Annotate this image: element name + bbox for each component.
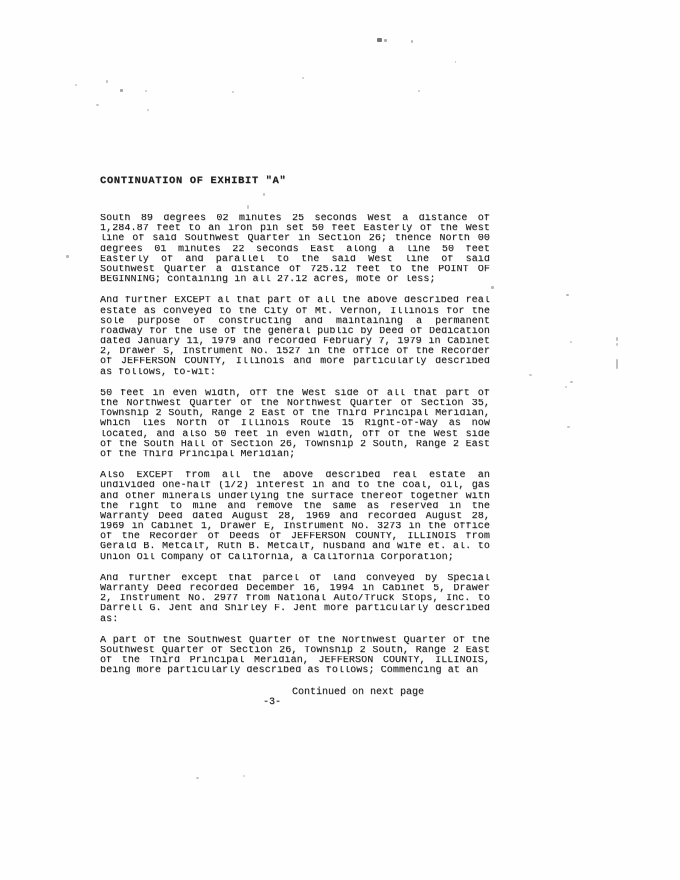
scan-speck [120, 89, 123, 92]
paragraph-line: Also EXCEPT from all the above described… [100, 471, 490, 481]
scan-speck [616, 359, 618, 369]
paragraph-line: located, and also 50 feet in even width,… [100, 430, 490, 440]
scan-speck [263, 193, 265, 196]
document-body: South 89 degrees 02 minutes 25 seconds W… [100, 214, 490, 677]
scan-speck [243, 775, 245, 777]
scan-speck [529, 374, 532, 376]
scan-speck [302, 77, 304, 79]
paragraph: South 89 degrees 02 minutes 25 seconds W… [100, 214, 490, 285]
paragraph-line: of the Recorder of Deeds of JEFFERSON CO… [100, 532, 490, 542]
scan-speck [147, 109, 149, 111]
paragraph-line: Union Oil Company of California, a Calif… [100, 553, 490, 563]
scan-speck [411, 40, 413, 43]
paragraph-line: estate as conveyed to the City of Mt. Ve… [100, 307, 490, 317]
paragraph-line: And further EXCEPT al that part of all t… [100, 296, 490, 306]
paragraph: Also EXCEPT from all the above described… [100, 471, 490, 563]
paragraph: And further EXCEPT al that part of all t… [100, 296, 490, 378]
paragraph-line: being more particularly described as fol… [100, 666, 490, 676]
scan-speck [491, 286, 494, 289]
paragraph-line: Southwest Quarter of Section 26, Townshi… [100, 646, 490, 656]
scan-speck [196, 777, 199, 779]
paragraph: And further except that parcel of land c… [100, 574, 490, 625]
scanned-document-page: CONTINUATION OF EXHIBIT "A" South 89 deg… [0, 0, 680, 880]
scan-speck [145, 90, 147, 92]
paragraph-line: Darrell G. Jent and Shirley F. Jent more… [100, 604, 490, 614]
paragraph-line: as follows, to-wit: [100, 368, 490, 378]
scan-speck [96, 104, 99, 106]
paragraph-line: A part of the Southwest Quarter of the N… [100, 636, 490, 646]
scan-speck [455, 61, 456, 63]
paragraph-line: 1969 in Cabinet 1, Drawer E, Instrument … [100, 522, 490, 532]
paragraph-line: roadway for the use of the general publi… [100, 327, 490, 337]
paragraph-line: sole purpose of constructing and maintai… [100, 317, 490, 327]
scan-speck [232, 91, 234, 93]
paragraph-line: Southwest Quarter a distance of 725.12 f… [100, 265, 490, 275]
scan-speck [570, 381, 573, 383]
paragraph-line: Warranty Deed dated August 28, 1969 and … [100, 512, 490, 522]
paragraph: 50 feet in even width, off the West side… [100, 389, 490, 460]
page-number: -3- [263, 698, 490, 708]
paragraph-line: line of said Southwest Quarter in Sectio… [100, 234, 490, 244]
paragraph-line: of the Third Principal Meridian; [100, 450, 490, 460]
paragraph-line: 50 feet in even width, off the West side… [100, 389, 490, 399]
scan-speck [247, 205, 249, 209]
scan-speck [567, 426, 570, 428]
scan-speck [75, 84, 77, 86]
paragraph-line: of the South Hall of Section 26, Townshi… [100, 440, 490, 450]
document-column: CONTINUATION OF EXHIBIT "A" South 89 deg… [100, 175, 490, 708]
paragraph-line: 2, Drawer S, Instrument No. 1527 in the … [100, 347, 490, 357]
paragraph-line: And further except that parcel of land c… [100, 574, 490, 584]
scan-speck [106, 80, 108, 83]
paragraph: A part of the Southwest Quarter of the N… [100, 636, 490, 677]
paragraph-line: Township 2 South, Range 2 East of the Th… [100, 409, 490, 419]
paragraph-line: of the Third Principal Meridian, JEFFERS… [100, 656, 490, 666]
paragraph-line: the right to mine and remove the same as… [100, 502, 490, 512]
scan-speck [616, 337, 618, 341]
paragraph-line: Gerald B. Metcalf, Ruth B. Metcalf, husb… [100, 542, 490, 552]
paragraph-line: which lies North of Illinois Route 15 Ri… [100, 419, 490, 429]
scan-speck [566, 294, 569, 296]
continuation-note: Continued on next page [292, 688, 490, 698]
paragraph-line: of JEFFERSON COUNTY, Illinois and more p… [100, 357, 490, 367]
scan-speck [66, 255, 69, 258]
scan-speck [565, 386, 567, 388]
paragraph-line: 1,284.87 feet to an iron pin set 50 feet… [100, 224, 490, 234]
paragraph-line: BEGINNING; containing in all 27.12 acres… [100, 275, 490, 285]
paragraph-line: undivided one-half (1/2) interest in and… [100, 481, 490, 491]
scan-speck [616, 343, 618, 346]
document-title: CONTINUATION OF EXHIBIT "A" [100, 175, 490, 187]
paragraph-line: and other minerals underlying the surfac… [100, 492, 490, 502]
paragraph-line: as: [100, 615, 490, 625]
paragraph-line: the Northwest Quarter of the Northwest Q… [100, 399, 490, 409]
scan-speck [570, 341, 572, 343]
scan-speck [418, 90, 420, 92]
paragraph-line: dated January 11, 1979 and recorded Febr… [100, 337, 490, 347]
paragraph-line: Easterly of and parallel to the said Wes… [100, 255, 490, 265]
paragraph-line: 2, Instrument No. 2977 from National Aut… [100, 594, 490, 604]
paragraph-line: South 89 degrees 02 minutes 25 seconds W… [100, 214, 490, 224]
paragraph-line: Warranty Deed recorded December 16, 1994… [100, 584, 490, 594]
scan-speck [384, 39, 387, 42]
scan-speck [377, 38, 382, 42]
paragraph-line: degrees 01 minutes 22 seconds East along… [100, 245, 490, 255]
